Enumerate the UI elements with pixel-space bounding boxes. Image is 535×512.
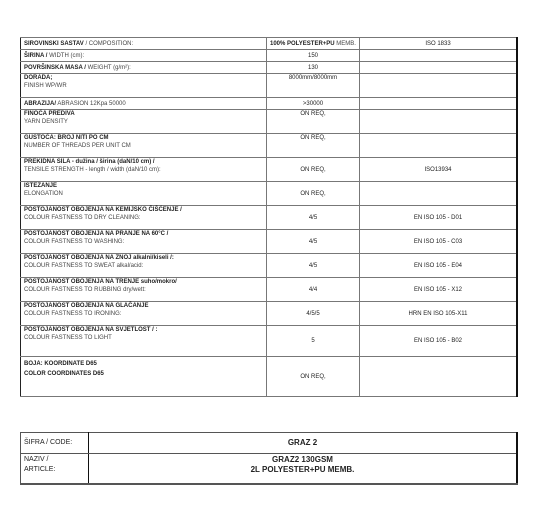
property-label: POVRŠINSKA MASA / WEIGHT (g/m²): (21, 62, 267, 74)
property-value: 4/5 (267, 230, 360, 254)
table-row: ŠIFRA / CODE: GRAZ 2 (21, 433, 518, 454)
table-row: ŠIRINA / WIDTH (cm): 150 (21, 50, 518, 62)
table-row: SIROVINSKI SASTAV / COMPOSITION: 100% PO… (21, 38, 518, 50)
property-label: POSTOJANOST OBOJENJA NA SVJETLOST / :COL… (21, 326, 267, 357)
property-label: POSTOJANOST OBOJENJA NA TRENJE suho/mokr… (21, 278, 267, 302)
property-standard (360, 182, 518, 206)
property-label: ŠIRINA / WIDTH (cm): (21, 50, 267, 62)
property-value: 130 (267, 62, 360, 74)
property-value: 8000mm/8000mm (267, 74, 360, 98)
table-row: POSTOJANOST OBOJENJA NA SVJETLOST / :COL… (21, 326, 518, 357)
property-label: GUSTOĆA: BROJ NITI PO CMNUMBER OF THREAD… (21, 134, 267, 158)
property-label: POSTOJANOST OBOJENJA NA KEMIJSKO ČIŠĆENJ… (21, 206, 267, 230)
specification-table: SIROVINSKI SASTAV / COMPOSITION: 100% PO… (20, 37, 518, 397)
property-standard: EN ISO 105 - E04 (360, 254, 518, 278)
property-value: 150 (267, 50, 360, 62)
property-label: ABRAZIJA/ ABRASION 12Kpa 50000 (21, 98, 267, 110)
table-row: PREKIDNA SILA - dužina / širina (daN/10 … (21, 158, 518, 182)
property-standard (360, 74, 518, 98)
property-value: 4/5 (267, 206, 360, 230)
property-value: ON REQ, (267, 182, 360, 206)
property-label: SIROVINSKI SASTAV / COMPOSITION: (21, 38, 267, 50)
article-value: GRAZ2 130GSM2L POLYESTER+PU MEMB. (89, 454, 518, 485)
property-value: 5 (267, 326, 360, 357)
property-standard: EN ISO 105 - C03 (360, 230, 518, 254)
property-standard: EN ISO 105 - X12 (360, 278, 518, 302)
code-value: GRAZ 2 (89, 433, 518, 454)
table-row: BOJA: KOORDINATE D65COLOR COORDINATES D6… (21, 357, 518, 397)
table-row: GUSTOĆA: BROJ NITI PO CMNUMBER OF THREAD… (21, 134, 518, 158)
article-code-table: ŠIFRA / CODE: GRAZ 2 NAZIV /ARTICLE: GRA… (20, 432, 518, 485)
property-label: ISTEZANJEELONGATION (21, 182, 267, 206)
table-row: NAZIV /ARTICLE: GRAZ2 130GSM2L POLYESTER… (21, 454, 518, 485)
property-standard (360, 357, 518, 397)
table-row: DORADA;FINISH WP/WR 8000mm/8000mm (21, 74, 518, 98)
property-standard (360, 50, 518, 62)
property-standard (360, 62, 518, 74)
property-label: POSTOJANOST OBOJENJA NA PRANJE NA 60°C /… (21, 230, 267, 254)
property-label: POSTOJANOST OBOJENJA NA ZNOJ alkalni/kis… (21, 254, 267, 278)
property-label: DORADA;FINISH WP/WR (21, 74, 267, 98)
property-label: FINOĆA PREDIVAYARN DENSITY (21, 110, 267, 134)
code-label: ŠIFRA / CODE: (21, 433, 89, 454)
property-value: 4/4 (267, 278, 360, 302)
property-value: ON REQ, (267, 357, 360, 397)
property-standard (360, 98, 518, 110)
property-value: ON REQ, (267, 134, 360, 158)
property-standard: ISO13934 (360, 158, 518, 182)
table-row: POSTOJANOST OBOJENJA NA ZNOJ alkalni/kis… (21, 254, 518, 278)
property-standard: ISO 1833 (360, 38, 518, 50)
property-standard: EN ISO 105 - D01 (360, 206, 518, 230)
property-standard: EN ISO 105 - B02 (360, 326, 518, 357)
table-row: ABRAZIJA/ ABRASION 12Kpa 50000 >30000 (21, 98, 518, 110)
property-value: >30000 (267, 98, 360, 110)
table-row: FINOĆA PREDIVAYARN DENSITY ON REQ, (21, 110, 518, 134)
table-row: POSTOJANOST OBOJENJA NA GLAČANJECOLOUR F… (21, 302, 518, 326)
property-value: 4/5 (267, 254, 360, 278)
property-label: POSTOJANOST OBOJENJA NA GLAČANJECOLOUR F… (21, 302, 267, 326)
property-value: 100% POLYESTER+PU MEMB. (267, 38, 360, 50)
property-value: ON REQ, (267, 158, 360, 182)
table-row: POSTOJANOST OBOJENJA NA PRANJE NA 60°C /… (21, 230, 518, 254)
property-value: ON REQ, (267, 110, 360, 134)
property-standard (360, 134, 518, 158)
property-value: 4/5/5 (267, 302, 360, 326)
property-label: PREKIDNA SILA - dužina / širina (daN/10 … (21, 158, 267, 182)
table-row: POSTOJANOST OBOJENJA NA TRENJE suho/mokr… (21, 278, 518, 302)
table-row: POSTOJANOST OBOJENJA NA KEMIJSKO ČIŠĆENJ… (21, 206, 518, 230)
article-label: NAZIV /ARTICLE: (21, 454, 89, 485)
property-standard: HRN EN ISO 105-X11 (360, 302, 518, 326)
table-row: ISTEZANJEELONGATION ON REQ, (21, 182, 518, 206)
property-label: BOJA: KOORDINATE D65COLOR COORDINATES D6… (21, 357, 267, 397)
table-row: POVRŠINSKA MASA / WEIGHT (g/m²): 130 (21, 62, 518, 74)
property-standard (360, 110, 518, 134)
